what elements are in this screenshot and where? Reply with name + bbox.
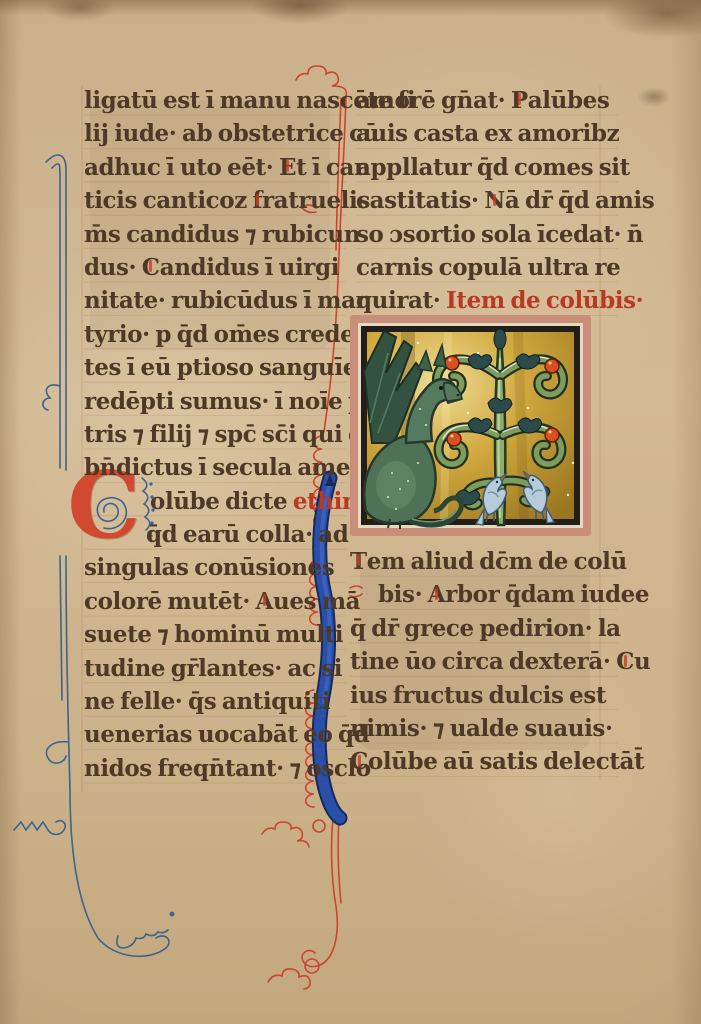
body-text: N [484, 187, 505, 214]
body-text: singulas conūsiones [84, 554, 334, 581]
text-line: carnis copulā ultra re [356, 251, 618, 284]
body-text: tes ī eū ptioso sanguīe [84, 354, 357, 381]
text-line: olūbe dicte ethim̄· [84, 485, 346, 518]
body-text: adhuc ī uto eēt· [84, 154, 279, 181]
text-line: redēpti sumus· ī noīe pa [84, 385, 346, 418]
body-text: C [142, 254, 160, 281]
body-text: m̄s candidus ⁊ rubicun [84, 221, 360, 248]
dragon-ear [418, 351, 432, 371]
body-text: u [634, 648, 650, 675]
body-text: A [428, 581, 445, 608]
body-text: ues mā [273, 588, 360, 615]
body-text: bn̄dictus ī secula amen· [84, 454, 374, 481]
text-line: nitate· rubicūdus ī mar [84, 284, 346, 317]
text-line: suete ⁊ hominū multi [84, 618, 346, 651]
body-text: nidos freqn̄tant· ⁊ osclo [84, 755, 371, 782]
text-line: so ɔsortio sola īcedat· n̄ [356, 218, 618, 251]
dove-left [476, 473, 507, 525]
body-text: q̄ dr̄ grece pedirion· la [350, 615, 621, 642]
right-text-column-lower: Tem aliud dc̄m de colūbis· Arbor q̄dam i… [350, 545, 618, 779]
body-text: ticis canticoz [84, 187, 252, 214]
body-text: olūbe dicte [150, 488, 293, 515]
body-text: tudine gr̄lantes· ac si [84, 655, 342, 682]
body-text: E [279, 154, 296, 181]
body-text: redēpti sumus· ī noīe pa [84, 388, 378, 415]
text-line: nidos freqn̄tant· ⁊ osclo [84, 752, 346, 785]
body-text: nitate· rubicūdus ī mar [84, 287, 367, 314]
body-text: rbor q̄dam iudee [445, 581, 649, 608]
body-text: q̄d earū colla· ad [146, 521, 348, 548]
text-line: ius fructus dulcis est [350, 679, 618, 712]
body-text: so ɔsortio sola īcedat· n̄ [356, 221, 643, 248]
right-text-column-upper: amorē gn̄at· Palūbesauis casta ex amorib… [356, 84, 618, 318]
dragon-horn [434, 345, 446, 367]
text-line: Tem aliud dc̄m de colū [350, 545, 618, 578]
text-line: ligatū est ī manu nascēte fi [84, 84, 346, 117]
dragon-muzzle [444, 383, 462, 403]
body-text: quirat· [356, 287, 446, 314]
text-line: auis casta ex amoribz [356, 117, 618, 150]
body-text: P [511, 87, 528, 114]
body-text: alūbes [528, 87, 610, 114]
body-text: andidus ī uirgi [160, 254, 339, 281]
dragon-tail [410, 498, 461, 525]
text-line: quirat· Item de colūbis· [356, 284, 618, 317]
body-text: bis· [378, 581, 428, 608]
left-text-column: ligatū est ī manu nascēte filij iude· ab… [84, 84, 346, 785]
text-line: tes ī eū ptioso sanguīe [84, 351, 346, 384]
text-line: colorē mutēt· Aues mā [84, 585, 346, 618]
text-line: lij iude· ab obstetrice cū [84, 117, 346, 150]
text-line: ticis canticoz fratruelis [84, 184, 346, 217]
dragon-eye [439, 386, 443, 390]
body-text: nimis· ⁊ ualde suauis· [350, 715, 613, 742]
peridexion-tree [437, 329, 563, 525]
body-text: carnis copulā ultra re [356, 254, 620, 281]
body-text: dus· [84, 254, 142, 281]
text-line: tudine gr̄lantes· ac si [84, 652, 346, 685]
rubric-text: ethim̄· [293, 488, 374, 515]
gold-ground-texture [407, 332, 574, 522]
rubric-text: Item de colūbis· [446, 287, 643, 314]
text-line: bis· Arbor q̄dam iudee [350, 578, 618, 611]
text-line: amorē gn̄at· Palūbes [356, 84, 618, 117]
miniature-frame [350, 315, 591, 536]
manuscript-page: C ligatū est ī manu nascēte filij iude· … [0, 0, 701, 1024]
leaf-clusters [456, 329, 550, 505]
text-line: nimis· ⁊ ualde suauis· [350, 712, 618, 745]
body-text: lij iude· ab obstetrice cū [84, 120, 379, 147]
text-line: q̄d earū colla· ad [84, 518, 346, 551]
body-text: C [616, 648, 634, 675]
text-line: Colūbe aū satis delectāt̄ [350, 745, 618, 778]
text-line: bn̄dictus ī secula amen· [84, 451, 346, 484]
text-line: tyrio· p q̄d om̄es creden [84, 318, 346, 351]
body-text: ne felle· q̄s antiquiti [84, 688, 330, 715]
body-text: T [350, 548, 367, 575]
body-text: C [350, 748, 368, 775]
text-line: tris ⁊ filij ⁊ spc̄ sc̄i qui est [84, 418, 346, 451]
body-text: amorē gn̄at· [356, 87, 511, 114]
dragon-neck [406, 379, 455, 443]
body-text: auis casta ex amoribz [356, 120, 619, 147]
text-line: tine ūo circa dexterā· Cu [350, 645, 618, 678]
body-text: em aliud dc̄m de colū [367, 548, 627, 575]
text-line: m̄s candidus ⁊ rubicun [84, 218, 346, 251]
body-text: tyrio· p q̄d om̄es creden [84, 321, 371, 348]
tree-fruits [445, 356, 559, 446]
body-text: A [256, 588, 273, 615]
text-line: adhuc ī uto eēt· Et ī can [84, 151, 346, 184]
text-line: uenerias uocabāt eo q̄d [84, 718, 346, 751]
text-line: singulas conūsiones [84, 551, 346, 584]
body-text: ā dr̄ q̄d amis [505, 187, 654, 214]
text-line: appllatur q̄d comes sit [356, 151, 618, 184]
text-line: ne felle· q̄s antiquiti [84, 685, 346, 718]
body-text: uenerias uocabāt eo q̄d [84, 721, 369, 748]
body-text: ratruelis [262, 187, 370, 214]
body-text: appllatur q̄d comes sit [356, 154, 630, 181]
body-text: tris ⁊ filij ⁊ spc̄ sc̄i qui est [84, 421, 385, 448]
body-text: tine ūo circa dexterā· [350, 648, 616, 675]
body-text: suete ⁊ hominū multi [84, 621, 343, 648]
dove-right [523, 471, 554, 523]
text-line: castitatis· Nā dr̄ q̄d amis [356, 184, 618, 217]
body-text: f [252, 187, 262, 214]
body-text: castitatis· [356, 187, 484, 214]
body-text: colorē mutēt· [84, 588, 256, 615]
body-text: olūbe aū satis delectāt̄ [368, 748, 644, 775]
dragon-body [364, 436, 435, 524]
body-text: ius fructus dulcis est [350, 682, 606, 709]
text-line: q̄ dr̄ grece pedirion· la [350, 612, 618, 645]
text-line: dus· Candidus ī uirgi [84, 251, 346, 284]
